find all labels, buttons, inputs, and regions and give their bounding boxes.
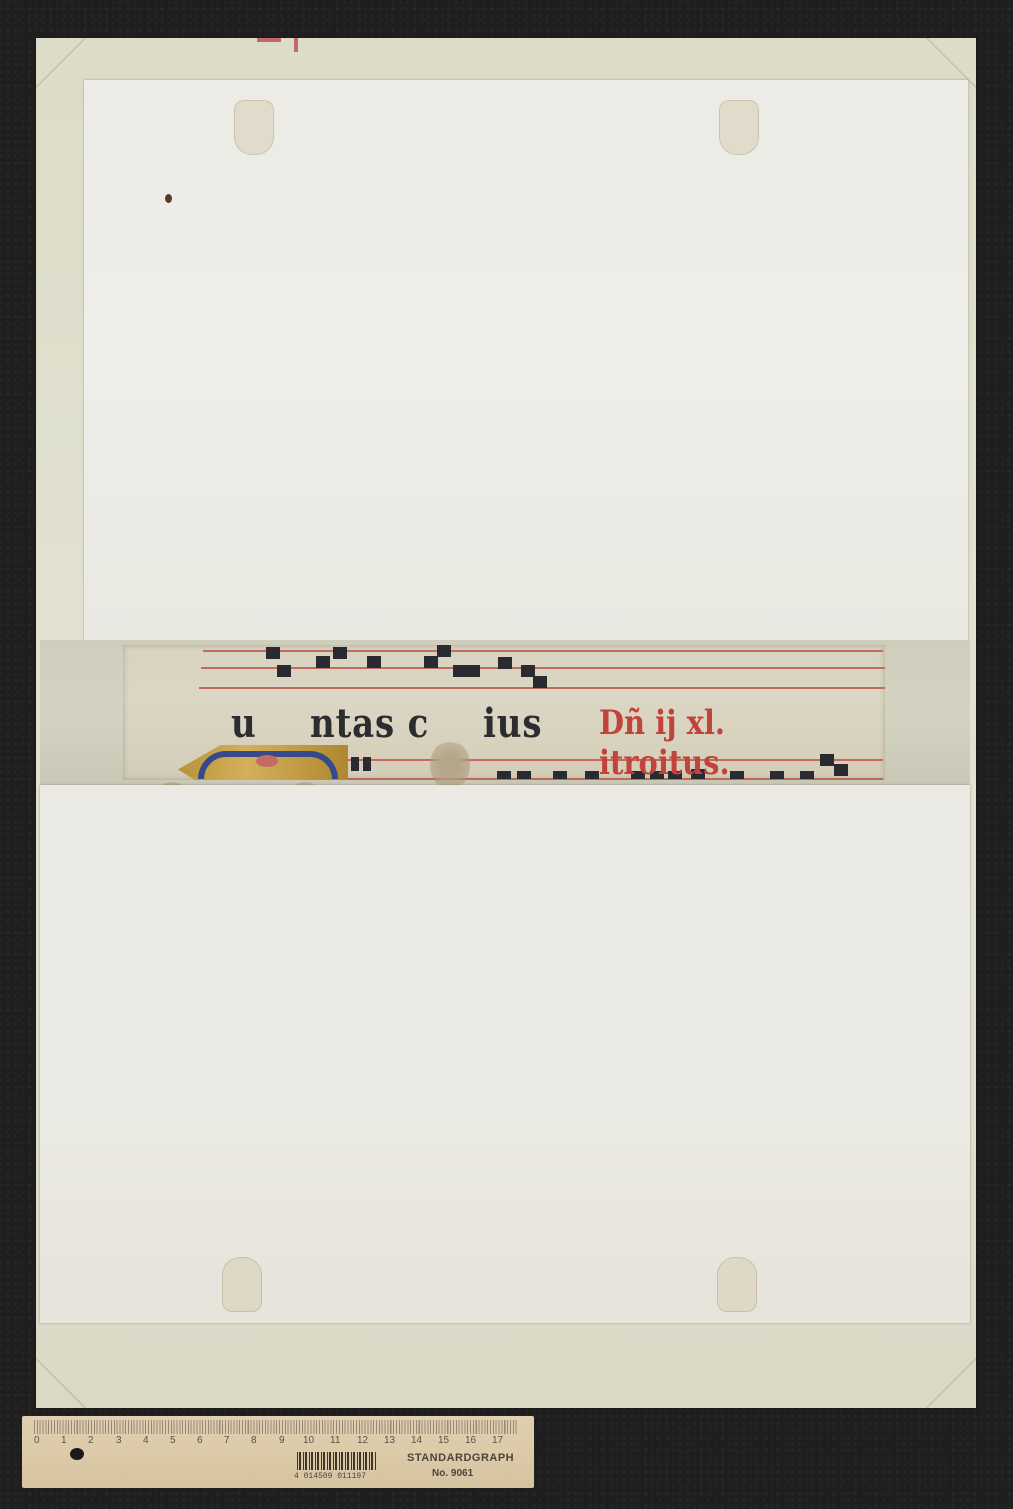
ruler-model: No. 9061	[432, 1468, 473, 1479]
neume	[351, 757, 359, 771]
ruler-label: 15	[438, 1435, 449, 1446]
tab-mark	[222, 1257, 262, 1312]
lyric-syllable: ntas c	[310, 700, 429, 747]
ink-spot	[165, 194, 172, 203]
neume	[553, 771, 567, 779]
neume	[466, 665, 480, 677]
neume	[266, 647, 280, 659]
lyric-syllable: u	[231, 700, 257, 747]
ruler-label: 11	[330, 1435, 340, 1446]
barcode-number: 4 014509 011197	[294, 1472, 366, 1481]
ruler-label: 3	[116, 1435, 122, 1446]
paper-panel-top	[84, 80, 968, 642]
neume	[533, 676, 547, 688]
ruler-label: 5	[170, 1435, 176, 1446]
corner-fold	[36, 38, 86, 88]
rubric-text: Dñ ij xl. itroitus.	[599, 703, 842, 780]
neume	[316, 656, 330, 668]
ruler-label: 7	[224, 1435, 230, 1446]
ruler-label: 14	[411, 1435, 422, 1446]
manuscript-strip: u ntas c ius Dñ ij xl. itroitus.	[123, 645, 885, 780]
ruler-label: 1	[61, 1435, 67, 1446]
neume	[277, 665, 291, 677]
neume	[333, 647, 347, 659]
neume	[517, 771, 531, 779]
tab-mark	[717, 1257, 757, 1312]
neume	[497, 771, 511, 779]
ruler-brand: STANDARDGRAPH	[407, 1452, 514, 1464]
neume	[367, 656, 381, 668]
ruler-label: 9	[279, 1435, 285, 1446]
lyric-syllable: ius	[483, 700, 542, 747]
tab-mark	[234, 100, 274, 155]
neume	[424, 656, 438, 668]
ruler-label: 13	[384, 1435, 395, 1446]
neume	[585, 771, 599, 779]
ruler-labels: 0 1 2 3 4 5 6 7 8 9 10 11 12 13 14 15 16…	[30, 1435, 530, 1449]
ruler-label: 17	[492, 1435, 503, 1446]
sewing-thread	[430, 740, 470, 790]
paper-panel-bottom	[40, 785, 970, 1323]
ruler-label: 12	[357, 1435, 368, 1446]
neume	[363, 757, 371, 771]
neume	[453, 665, 467, 677]
illuminated-initial	[178, 745, 348, 780]
ruler-label: 10	[303, 1435, 314, 1446]
staff-line	[203, 650, 883, 652]
red-ink-fragment	[252, 38, 332, 50]
ruler-label: 0	[34, 1435, 40, 1446]
ruler-hole	[70, 1448, 84, 1460]
ruler-label: 16	[465, 1435, 476, 1446]
ruler-label: 6	[197, 1435, 203, 1446]
staff-line	[201, 667, 885, 669]
neume	[498, 657, 512, 669]
initial-flower	[256, 755, 278, 767]
ruler-label: 4	[143, 1435, 149, 1446]
tab-mark	[719, 100, 759, 155]
neume	[437, 645, 451, 657]
barcode	[297, 1452, 377, 1470]
scale-ruler: 0 1 2 3 4 5 6 7 8 9 10 11 12 13 14 15 16…	[22, 1416, 534, 1488]
corner-fold	[926, 1358, 976, 1408]
corner-fold	[36, 1358, 86, 1408]
ruler-label: 2	[88, 1435, 94, 1446]
ruler-ticks	[34, 1420, 518, 1434]
ruler-label: 8	[251, 1435, 257, 1446]
